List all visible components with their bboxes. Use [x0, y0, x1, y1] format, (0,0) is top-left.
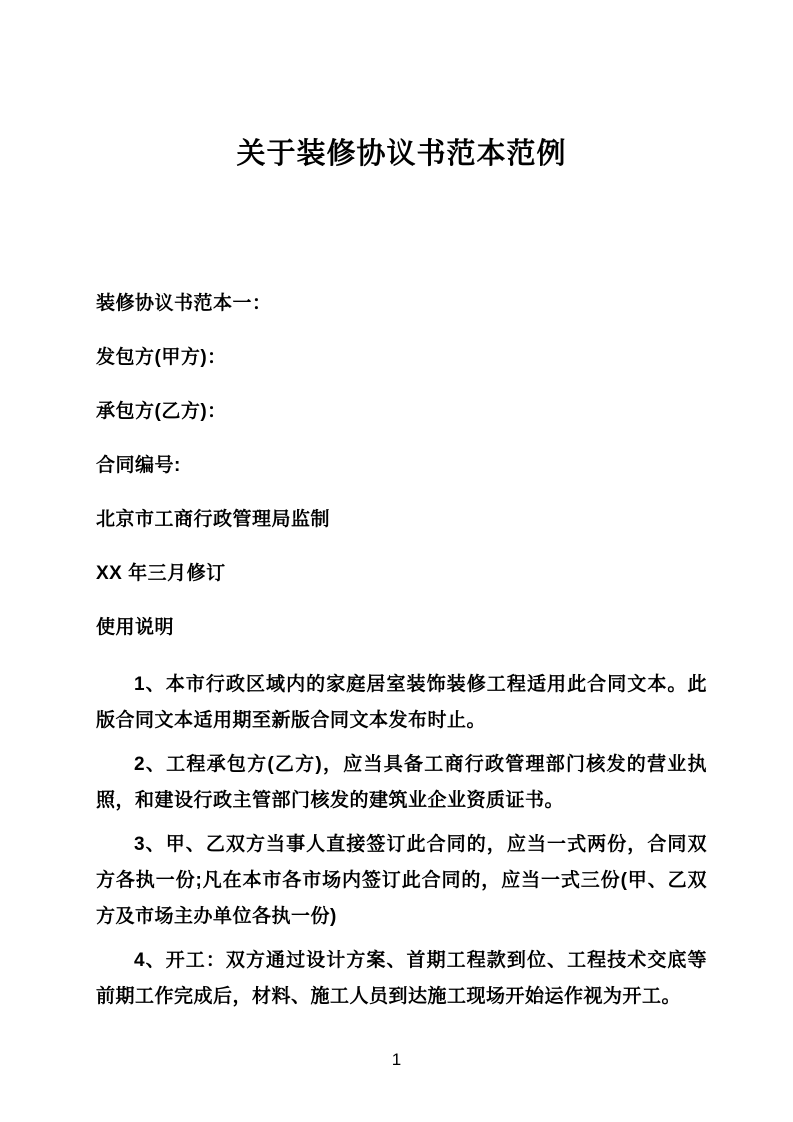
header-lines: 装修协议书范本一： 发包方(甲方)： 承包方(乙方)： 合同编号: 北京市工商行…	[96, 286, 707, 646]
revision-date-line: XX 年三月修订	[96, 556, 707, 592]
usage-note-3: 3、甲、乙双方当事人直接签订此合同的，应当一式两份，合同双方各执一份;凡在本市各…	[96, 827, 707, 935]
document-page: 关于装修协议书范本范例 装修协议书范本一： 发包方(甲方)： 承包方(乙方)： …	[0, 0, 793, 1122]
usage-notes-heading: 使用说明	[96, 610, 707, 646]
usage-note-1: 1、本市行政区域内的家庭居室装饰装修工程适用此合同文本。此版合同文本适用期至新版…	[96, 667, 707, 739]
template-heading-line: 装修协议书范本一：	[96, 286, 707, 322]
document-content: 关于装修协议书范本范例 装修协议书范本一： 发包方(甲方)： 承包方(乙方)： …	[96, 0, 707, 1023]
page-title: 关于装修协议书范本范例	[96, 136, 707, 172]
usage-note-2: 2、工程承包方(乙方)，应当具备工商行政管理部门核发的营业执照，和建设行政主管部…	[96, 747, 707, 819]
usage-notes-body: 1、本市行政区域内的家庭居室装饰装修工程适用此合同文本。此版合同文本适用期至新版…	[96, 667, 707, 1015]
party-a-line: 发包方(甲方)：	[96, 340, 707, 376]
usage-note-4: 4、开工：双方通过设计方案、首期工程款到位、工程技术交底等前期工作完成后，材料、…	[96, 943, 707, 1015]
party-b-line: 承包方(乙方)：	[96, 394, 707, 430]
supervising-agency-line: 北京市工商行政管理局监制	[96, 502, 707, 538]
contract-number-line: 合同编号:	[96, 448, 707, 484]
page-number: 1	[0, 1048, 793, 1072]
